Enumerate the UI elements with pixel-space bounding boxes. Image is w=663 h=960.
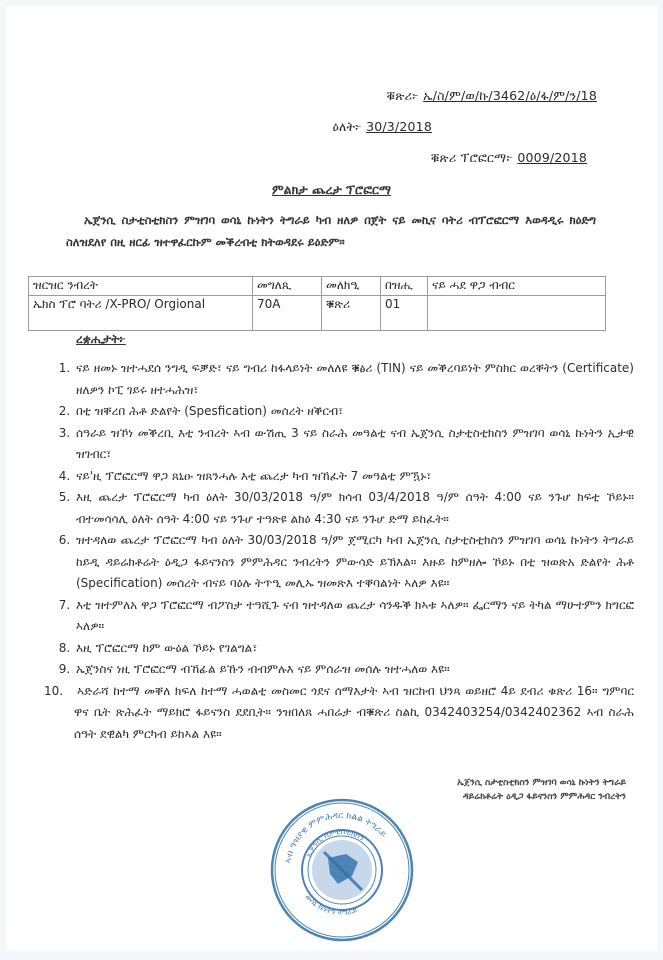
- condition-text: ኣድራሻ ከተማ መቐለ ክፍለ ከተማ ሓወልቲ መስመር ጎደና ሰማእታት…: [74, 684, 634, 741]
- col-specification: መግለጺ: [253, 277, 322, 296]
- date-value: 30/3/2018: [366, 119, 432, 134]
- conditions-heading: ረቋሒታት፦: [76, 332, 126, 347]
- condition-item: ሰዓራይ ዝኾነ መቕረቢ እቲ ንብረት ኣብ ውሽጢ 3 ናይ ስራሕ መዓ…: [74, 423, 634, 466]
- reference-number: ቑጽሪ፦ ኤ/ስ/ም/ወ/ኩ/3462/ዕ/ፋ/ም/ን/18: [387, 88, 597, 104]
- signoff-agency: ኤጀንሲ ስታቲስቲክስን ምዝገባ ወሳኒ ኩነትን ትግራይ: [386, 776, 626, 790]
- reference-label: ቑጽሪ፦: [387, 88, 419, 103]
- document-page: ቑጽሪ፦ ኤ/ስ/ም/ወ/ኩ/3462/ዕ/ፋ/ም/ን/18 ዕለት፦ 30/3…: [6, 6, 657, 950]
- condition-item: ናይ ዘመኑ ዝተሓደሰ ንግዲ ፍቓድ፣ ናይ ግብሪ ከፋላይነት መለለዩ…: [74, 358, 634, 401]
- condition-item: እዚ ፕሮፎርማ ከም ውዕል ኾይኑ የገልግል፣: [74, 638, 634, 660]
- proforma-label: ቑጽሪ ፕሮፎርማ፦: [431, 150, 513, 165]
- document-title: ምልክታ ጨረታ ፕሮፎርማ: [6, 182, 657, 198]
- reference-value: ኤ/ስ/ም/ወ/ኩ/3462/ዕ/ፋ/ም/ን/18: [423, 88, 597, 103]
- date-label: ዕለት፦: [333, 119, 362, 134]
- cell-quantity: 01: [381, 296, 428, 331]
- cell-item: ኤክስ ፕሮ ባትሪ /X-PRO/ Orgional: [29, 296, 253, 331]
- intro-paragraph: ኤጀንሲ ስታቲስቲክስን ምዝገባ ወሳኒ ኩነትን ትግራይ ካብ ዘለዎ …: [66, 209, 596, 253]
- condition-item: ናይ'ዚ ፕሮፎርማ ዋጋ ጸኒዑ ዝጸንሓሉ እቲ ጨረታ ካብ ዝኸፈት 7…: [74, 466, 634, 488]
- cell-spec: 70A: [253, 296, 322, 331]
- official-stamp-icon: ኣብ ግዝያዊ ምምሕዳር ክልል ትግራይ ኤጀንሲ ስታቲስቲክስን ወሳኒ…: [268, 796, 416, 944]
- condition-number: 10.: [44, 684, 77, 698]
- condition-item: እቲ ዝተምለአ ዋጋ ፕሮፎርማ ብፖስታ ተዓሺጉ ናብ ዝተዳለወ ጨረታ…: [74, 595, 634, 638]
- col-quantity: በዝሒ: [381, 277, 428, 296]
- condition-item: ዝተዳለወ ጨረታ ፕሮፎርማ ካብ ዕለት 30/03/2018 ዓ/ም ጀሚ…: [74, 530, 634, 595]
- condition-item: ኤጀንስና ነዚ ፕሮፎርማ ብኸፊል ይኹን ብብምሉእ ናይ ምሰራዝ መሰ…: [74, 659, 634, 681]
- condition-item: 10. ኣድራሻ ከተማ መቐለ ክፍለ ከተማ ሓወልቲ መስመር ጎደና ሰ…: [44, 681, 634, 746]
- table-row: ኤክስ ፕሮ ባትሪ /X-PRO/ Orgional 70A ቑጽሪ 01: [29, 296, 606, 331]
- items-table: ዝርዝር ንብረት መግለጺ መለክዒ በዝሒ ናይ ሓደ ዋጋ ብብር ኤክስ…: [28, 276, 606, 331]
- col-unit: መለክዒ: [322, 277, 381, 296]
- col-unit-price: ናይ ሓደ ዋጋ ብብር: [428, 277, 606, 296]
- condition-item: በቲ ዝቐረበ ሕቶ ድልየት (Spesfication) መሰረት ዘቕርብ…: [74, 401, 634, 423]
- col-item-description: ዝርዝር ንብረት: [29, 277, 253, 296]
- cell-price: [428, 296, 606, 331]
- signoff-block: ኤጀንሲ ስታቲስቲክስን ምዝገባ ወሳኒ ኩነትን ትግራይ ዳይሬክቶሬት…: [386, 776, 626, 804]
- document-date: ዕለት፦ 30/3/2018: [333, 119, 432, 135]
- proforma-value: 0009/2018: [517, 150, 587, 165]
- conditions-list: ናይ ዘመኑ ዝተሓደሰ ንግዲ ፍቓድ፣ ናይ ግብሪ ከፋላይነት መለለዩ…: [44, 358, 634, 745]
- signoff-directorate: ዳይሬክቶሬት ዕዲጋ ፋይናንስን ምምሕዳር ንብረትን: [386, 790, 626, 804]
- table-header-row: ዝርዝር ንብረት መግለጺ መለክዒ በዝሒ ናይ ሓደ ዋጋ ብብር: [29, 277, 606, 296]
- condition-item: እዚ ጨረታ ፕሮፎርማ ካብ ዕለት 30/03/2018 ዓ/ም ክሳብ 0…: [74, 487, 634, 530]
- proforma-number: ቑጽሪ ፕሮፎርማ፦ 0009/2018: [431, 150, 587, 166]
- cell-unit: ቑጽሪ: [322, 296, 381, 331]
